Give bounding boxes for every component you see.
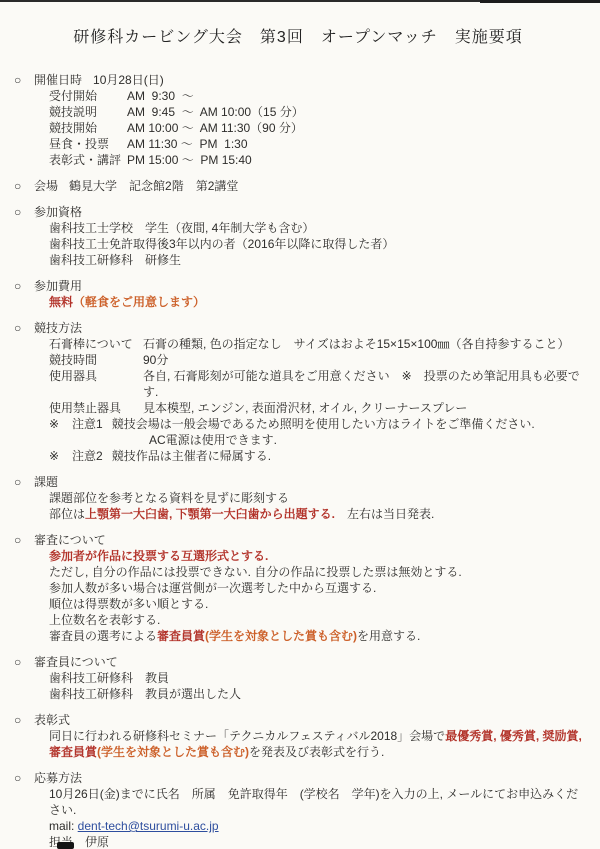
schedule-row: 競技説明AM 9:45 ～ AM 10:00（15 分）	[49, 104, 582, 120]
eligibility-heading: 参加資格	[34, 204, 82, 220]
schedule-label: 競技説明	[49, 104, 127, 120]
method-value: 石膏の種類, 色の指定なし サイズはおよそ15×15×100㎜（各自持参すること…	[143, 336, 569, 352]
schedule-label: 昼食・投票	[49, 136, 127, 152]
ceremony-awards-red: 最優秀賞, 優秀賞, 奨励賞,	[445, 729, 582, 743]
task-line2-suffix: 左右は当日発表.	[335, 507, 434, 521]
circle-bullet-icon: ○	[14, 72, 27, 88]
section-method: ○ 競技方法 石膏棒について石膏の種類, 色の指定なし サイズはおよそ15×15…	[14, 320, 582, 464]
application-contact: 担当 伊原	[49, 834, 582, 849]
judging-line: 順位は得票数が多い順とする.	[49, 596, 582, 612]
note2-label: 注意2	[72, 448, 103, 464]
application-heading: 応募方法	[34, 770, 82, 786]
schedule-label: 受付開始	[49, 88, 127, 104]
section-fee: ○ 参加費用 無料（軽食をご用意します）	[14, 278, 582, 310]
task-line1: 課題部位を参考となる資料を見ずに彫刻する	[49, 490, 582, 506]
note1-text: 競技会場は一般会場であるため照明を使用したい方はライトをご準備ください.	[112, 416, 535, 432]
ceremony-line1: 同日に行われる研修科セミナー「テクニカルフェスティバル2018」会場で最優秀賞,…	[49, 728, 582, 744]
method-row: 競技時間90分	[49, 352, 582, 368]
section-task: ○ 課題 課題部位を参考となる資料を見ずに彫刻する 部位は上顎第一大臼歯, 下顎…	[14, 474, 582, 522]
fee-free-note: （軽食をご用意します）	[73, 295, 205, 309]
schedule-row: 昼食・投票AM 11:30 ～ PM 1:30	[49, 136, 582, 152]
circle-bullet-icon: ○	[14, 712, 27, 728]
award-name: 審査員賞	[157, 629, 205, 643]
method-label: 石膏棒について	[49, 336, 143, 352]
schedule-time: AM 9:30 ～	[127, 88, 194, 104]
task-line2: 部位は上顎第一大臼歯, 下顎第一大臼歯から出題する. 左右は当日発表.	[49, 506, 582, 522]
page-title: 研修科カービング大会 第3回 オープンマッチ 実施要項	[14, 30, 582, 46]
schedule-time: AM 9:45 ～ AM 10:00（15 分）	[127, 104, 304, 120]
method-note2: ※注意2競技作品は主催者に帰属する.	[49, 448, 582, 464]
application-instructions: 10月26日(金)までに氏名 所属 免許取得年 (学校名 学年)を入力の上, メ…	[49, 786, 582, 818]
scan-edge-artifact-right	[480, 0, 600, 3]
method-value: 各自, 石膏彫刻が可能な道具をご用意ください ※ 投票のため筆記用具も必要です.	[143, 368, 582, 400]
section-application: ○ 応募方法 10月26日(金)までに氏名 所属 免許取得年 (学校名 学年)を…	[14, 770, 582, 849]
task-heading: 課題	[34, 474, 58, 490]
ceremony-heading: 表彰式	[34, 712, 70, 728]
method-row: 石膏棒について石膏の種類, 色の指定なし サイズはおよそ15×15×100㎜（各…	[49, 336, 582, 352]
scan-mark-artifact	[57, 842, 74, 849]
eligibility-line: 歯科技工士学校 学生（夜間, 4年制大学も含む）	[49, 220, 582, 236]
judging-rule-red: 参加者が作品に投票する互選形式とする.	[49, 548, 582, 564]
schedule-time: AM 10:00 ～ AM 11:30（90 分）	[127, 120, 303, 136]
schedule-row: 表彰式・講評PM 15:00 ～ PM 15:40	[49, 152, 582, 168]
schedule-row: 受付開始AM 9:30 ～	[49, 88, 582, 104]
method-note1: ※注意1競技会場は一般会場であるため照明を使用したい方はライトをご準備ください.	[49, 416, 582, 432]
fee-heading: 参加費用	[34, 278, 82, 294]
section-eligibility: ○ 参加資格 歯科技工士学校 学生（夜間, 4年制大学も含む） 歯科技工士免許取…	[14, 204, 582, 268]
eligibility-line: 歯科技工研修科 研修生	[49, 252, 582, 268]
method-label: 競技時間	[49, 352, 143, 368]
circle-bullet-icon: ○	[14, 204, 27, 220]
circle-bullet-icon: ○	[14, 532, 27, 548]
circle-bullet-icon: ○	[14, 320, 27, 336]
section-schedule: ○ 開催日時 10月28日(日) 受付開始AM 9:30 ～ 競技説明AM 9:…	[14, 72, 582, 168]
eligibility-line: 歯科技工士免許取得後3年以内の者（2016年以降に取得した者）	[49, 236, 582, 252]
schedule-time: PM 15:00 ～ PM 15:40	[127, 152, 252, 168]
judging-line: 上位数名を表彰する.	[49, 612, 582, 628]
judges-heading: 審査員について	[34, 654, 118, 670]
award-note: (学生を対象とした賞も含む)	[205, 629, 357, 643]
task-line2-red: 上顎第一大臼歯, 下顎第一大臼歯から出題する.	[85, 507, 335, 521]
method-label: 使用器具	[49, 368, 143, 384]
section-venue: ○ 会場 鶴見大学 記念館2階 第2講堂	[14, 178, 582, 194]
section-judging: ○ 審査について 参加者が作品に投票する互選形式とする. ただし, 自分の作品に…	[14, 532, 582, 644]
event-date: 10月28日(日)	[93, 72, 164, 88]
note1-label: 注意1	[72, 416, 103, 432]
ceremony-suffix: を発表及び表彰式を行う.	[249, 745, 384, 759]
method-label: 使用禁止器具	[49, 400, 143, 416]
circle-bullet-icon: ○	[14, 178, 27, 194]
fee-free-text: 無料	[49, 295, 73, 309]
schedule-label: 表彰式・講評	[49, 152, 127, 168]
reference-mark-icon: ※	[49, 448, 63, 464]
circle-bullet-icon: ○	[14, 770, 27, 786]
judges-line: 歯科技工研修科 教員	[49, 670, 582, 686]
judging-award-line: 審査員の選考による審査員賞(学生を対象とした賞も含む)を用意する.	[49, 628, 582, 644]
document-page: 研修科カービング大会 第3回 オープンマッチ 実施要項 ○ 開催日時 10月28…	[0, 0, 600, 849]
ceremony-award-note: (学生を対象とした賞も含む)	[97, 745, 249, 759]
judging-heading: 審査について	[34, 532, 106, 548]
judging-line: ただし, 自分の作品には投票できない. 自分の作品に投票した票は無効とする.	[49, 564, 582, 580]
schedule-label: 競技開始	[49, 120, 127, 136]
ceremony-award-name: 審査員賞	[49, 745, 97, 759]
section-judges: ○ 審査員について 歯科技工研修科 教員 歯科技工研修科 教員が選出した人	[14, 654, 582, 702]
method-row: 使用禁止器具見本模型, エンジン, 表面滑沢材, オイル, クリーナースプレー	[49, 400, 582, 416]
venue-text: 鶴見大学 記念館2階 第2講堂	[69, 178, 238, 194]
mail-label: mail:	[49, 819, 78, 833]
application-mail-line: mail: dent-tech@tsurumi-u.ac.jp	[49, 818, 582, 834]
method-value: 見本模型, エンジン, 表面滑沢材, オイル, クリーナースプレー	[143, 400, 467, 416]
reference-mark-icon: ※	[49, 416, 63, 432]
section-ceremony: ○ 表彰式 同日に行われる研修科セミナー「テクニカルフェスティバル2018」会場…	[14, 712, 582, 760]
circle-bullet-icon: ○	[14, 474, 27, 490]
venue-heading: 会場	[34, 178, 58, 194]
method-row: 使用器具各自, 石膏彫刻が可能な道具をご用意ください ※ 投票のため筆記用具も必…	[49, 368, 582, 400]
task-line2-prefix: 部位は	[49, 507, 85, 521]
note2-text: 競技作品は主催者に帰属する.	[112, 448, 271, 464]
method-value: 90分	[143, 352, 168, 368]
judges-line: 歯科技工研修科 教員が選出した人	[49, 686, 582, 702]
schedule-time: AM 11:30 ～ PM 1:30	[127, 136, 248, 152]
note1-continuation: AC電源は使用できます.	[149, 432, 582, 448]
schedule-heading: 開催日時	[34, 72, 82, 88]
circle-bullet-icon: ○	[14, 278, 27, 294]
award-suffix: を用意する.	[357, 629, 420, 643]
ceremony-line2: 審査員賞(学生を対象とした賞も含む)を発表及び表彰式を行う.	[49, 744, 582, 760]
schedule-row: 競技開始AM 10:00 ～ AM 11:30（90 分）	[49, 120, 582, 136]
method-heading: 競技方法	[34, 320, 82, 336]
award-prefix: 審査員の選考による	[49, 629, 157, 643]
fee-line: 無料（軽食をご用意します）	[49, 294, 582, 310]
circle-bullet-icon: ○	[14, 654, 27, 670]
mail-link[interactable]: dent-tech@tsurumi-u.ac.jp	[78, 819, 219, 833]
ceremony-prefix: 同日に行われる研修科セミナー「テクニカルフェスティバル2018」会場で	[49, 729, 445, 743]
judging-line: 参加人数が多い場合は運営側が一次選考した中から互選する.	[49, 580, 582, 596]
